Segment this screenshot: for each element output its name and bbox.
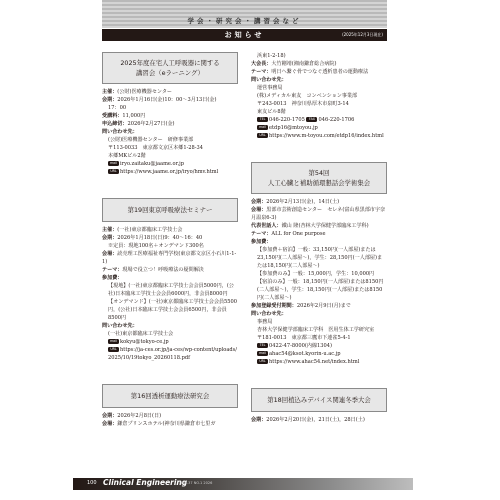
field-label: 申込締切： — [102, 121, 127, 127]
contact-office: 運営事務局 — [251, 84, 387, 92]
contact-office: 事務局 — [251, 318, 387, 326]
mail-icon: mail — [257, 125, 268, 130]
event-title-line: 人工心臓と補助循環懇話会学術集会 — [254, 178, 384, 188]
field-value: 2026年2月20日(金)，21日(土)，28日(土) — [266, 417, 365, 423]
contact-label: 問い合わせ先： — [102, 322, 238, 330]
event-title-line: 2025年度在宅人工呼吸器に関する — [105, 58, 235, 68]
field-value: 2026年1月16日(金)10：00～3月13日(金) — [117, 97, 216, 103]
field-label: テーマ： — [251, 69, 271, 75]
page-number: 100 — [87, 480, 97, 486]
field-label: 大会長： — [251, 61, 271, 67]
contact-org: (一社)東京都臨床工学技士会 — [102, 330, 238, 338]
fee-onsite: 【現地】(一社)東京都臨床工学技士会会員5000円，(公社)日本臨床工学技士会会… — [102, 282, 238, 298]
journal-title: Clinical Engineering — [103, 478, 187, 487]
fee-lodging: 【参加費＋宿泊】一般：33,150円(一人部屋)または23,150円(二人部屋～… — [251, 246, 387, 270]
phone-icon: TEL — [257, 343, 268, 348]
period-field: 会期：2026年2月8日(日) — [102, 412, 238, 420]
field-label: 代表世話人： — [251, 223, 282, 229]
spacer — [102, 176, 238, 198]
contact-org: (公財)医療機器センター 研修事業部 — [102, 136, 238, 144]
contact-label: 問い合わせ先： — [251, 310, 387, 318]
theme-field: テーマ：現場で役立つ！呼吸療法の疑問解決 — [102, 266, 238, 274]
url-icon: URL — [108, 347, 119, 352]
contact-address: 〒243-0013 神奈川県厚木市泉町3-14 — [251, 100, 387, 108]
period-field: 会期：2026年2月13日(金)，14日(土) — [251, 198, 387, 206]
field-value: ALL for One purpose — [271, 231, 325, 237]
field-value: (一社)東京都臨床工学技士会 — [117, 227, 182, 233]
event-title: 第16回透析運動療法研究会 — [102, 384, 238, 408]
field-label: 会場： — [251, 207, 266, 213]
field-value: 明日へ繋ぐ骨でつなぐ透析患者の運動療法 — [271, 69, 368, 75]
mail-icon: mail — [108, 161, 119, 166]
field-label: 主催： — [102, 89, 117, 95]
spacer — [251, 366, 387, 388]
theme-field: テーマ：明日へ繋ぐ骨でつなぐ透析患者の運動療法 — [251, 68, 387, 76]
email-link[interactable]: kokyu@tokyo-ce.jp — [120, 339, 169, 345]
chair-field: 代表世話人：鐵山 隆(杏林大学保健学部臨床工学科) — [251, 222, 387, 230]
capacity-note: ※定員：現地100名＋オンデマンド300名 — [102, 242, 238, 250]
event-title: 第54回 人工心臓と補助循環懇話会学術集会 — [251, 162, 387, 194]
venue-field: 会場：鎌倉プリンスホテル(神奈川県鎌倉市七里ガ — [102, 420, 238, 428]
contact-org: 杏林大学保健学部臨床工学科 医用生体工学研究室 — [251, 326, 387, 334]
date-note: (2025年12月3日現在) — [342, 32, 383, 38]
mail-icon: mail — [257, 351, 268, 356]
fax-value: 046-220-1706 — [318, 117, 354, 123]
fee-label: 参加費： — [251, 238, 387, 246]
fax-icon: FAX — [306, 117, 317, 122]
event-title-line: 第54回 — [254, 168, 384, 178]
venue-field: 会場：読売理工医療福祉専門学校(東京都文京区小石川1-1-1) — [102, 250, 238, 266]
url-icon: URL — [108, 169, 119, 174]
contact-email: mailahac54@ksot.kyorin-u.ac.jp — [251, 350, 387, 358]
contact-url: URLhttps://ja-ces.or.jp/ja-ces/wp-conten… — [102, 346, 238, 362]
field-value: 11,000円 — [122, 113, 145, 119]
event-title-line: 講習会（eラーニング） — [105, 68, 235, 78]
field-label: 受講料： — [102, 113, 122, 119]
phone-value: 0422-47-8000(内線1304) — [269, 343, 332, 349]
field-label: 会場： — [102, 421, 117, 427]
field-value: 現場で役立つ！呼吸療法の疑問解決 — [122, 267, 204, 273]
email-link[interactable]: ahac54@ksot.kyorin-u.ac.jp — [269, 351, 341, 357]
contact-email: mailiryo.zaitaku@jaame.or.jp — [102, 160, 238, 168]
fee-ondemand: 【オンデマンド】(一社)東京都臨床工学技士会会員5500円，(公社)日本臨床工学… — [102, 298, 238, 322]
contact-email: mailetdp16@mtoyou.jp — [251, 124, 387, 132]
contact-address: 〒113-0033 東京都文京区本郷1-28-34 — [102, 144, 238, 152]
field-value: 黒部市芸術創造センター セレネ(富山県黒部市宇奈月温泉6-3) — [251, 207, 385, 221]
fee-label: 参加費： — [102, 274, 238, 282]
url-link[interactable]: https://www.m-toyou.com/etdp16/index.htm… — [269, 133, 384, 139]
notice-page: 学会・研究会・講習会など お知らせ (2025年12月3日現在) 2025年度在… — [102, 0, 387, 500]
field-value: 2026年2月8日(日) — [117, 413, 161, 419]
field-value: 2026年2月9日(月)まで — [297, 303, 351, 309]
contact-email: mailkokyu@tokyo-ce.jp — [102, 338, 238, 346]
header-band: 学会・研究会・講習会など — [102, 0, 387, 28]
event-title: 第19回東京呼吸療法セミナー — [102, 198, 238, 222]
header-bar: お知らせ (2025年12月3日現在) — [102, 29, 387, 41]
spacer — [251, 140, 387, 162]
field-label: 会期： — [102, 97, 117, 103]
theme-field: テーマ：ALL for One purpose — [251, 230, 387, 238]
contact-phone: TEL0422-47-8000(内線1304) — [251, 342, 387, 350]
field-label: テーマ： — [251, 231, 271, 237]
left-column: 2025年度在宅人工呼吸器に関する 講習会（eラーニング） 主催：(公財)医療機… — [102, 52, 238, 428]
contact-label: 問い合わせ先： — [102, 128, 238, 136]
contact-address: 〒181-0013 東京都三鷹市下連雀5-4-1 — [251, 334, 387, 342]
fee-stay: 【宿泊のみ】一般：18,150円(一人部屋)または8150円(二人部屋～)，学生… — [251, 278, 387, 302]
period-field: 会期：2026年1月18日(日)9：40～16：40 — [102, 234, 238, 242]
president-field: 大会長：大竹剛靖(湘南鎌倉総合病院) — [251, 60, 387, 68]
volume-info: VOL.37 NO.1 2026 — [180, 481, 212, 485]
contact-building: 東友ビル8階 — [251, 108, 387, 116]
period-field: 会期：2026年2月20日(金)，21日(土)，28日(土) — [251, 416, 387, 424]
phone-icon: TEL — [257, 117, 268, 122]
field-value: 鐵山 隆(杏林大学保健学部臨床工学科) — [282, 223, 369, 229]
field-value: 2026年2月13日(金)，14日(土) — [266, 199, 339, 205]
registration-field: 参加登録受付期間：2026年2月9日(月)まで — [251, 302, 387, 310]
url-link[interactable]: https://www.jaame.or.jp/iryo/hmv.html — [120, 169, 218, 175]
period-field: 会期：2026年1月16日(金)10：00～3月13日(金) — [102, 96, 238, 104]
field-value: 鎌倉プリンスホテル(神奈川県鎌倉市七里ガ — [117, 421, 215, 427]
field-label: 主催： — [102, 227, 117, 233]
right-column: 浜東1-2-18) 大会長：大竹剛靖(湘南鎌倉総合病院) テーマ：明日へ繋ぐ骨で… — [251, 52, 387, 424]
contact-url: URLhttps://www.m-toyou.com/etdp16/index.… — [251, 132, 387, 140]
url-icon: URL — [257, 133, 268, 138]
event-title: 第18回植込みデバイス関連冬季大会 — [251, 388, 387, 412]
organizer-field: 主催：(公財)医療機器センター — [102, 88, 238, 96]
spacer — [102, 362, 238, 384]
url-icon: URL — [257, 359, 268, 364]
footer-bar: 100 Clinical Engineering VOL.37 NO.1 202… — [73, 478, 413, 490]
email-link[interactable]: etdp16@mtoyou.jp — [269, 125, 318, 131]
organizer-field: 主催：(一社)東京都臨床工学技士会 — [102, 226, 238, 234]
field-label: 会期： — [251, 199, 266, 205]
field-label: 会期： — [102, 413, 117, 419]
mail-icon: mail — [108, 339, 119, 344]
venue-cont: 浜東1-2-18) — [251, 52, 387, 60]
url-link[interactable]: https://ja-ces.or.jp/ja-ces/wp-content/u… — [108, 347, 237, 361]
field-label: 参加登録受付期間： — [251, 303, 297, 309]
deadline-field: 申込締切：2026年2月27日(金) — [102, 120, 238, 128]
field-value: 2026年2月27日(金) — [127, 121, 174, 127]
contact-url: URLhttps://www.jaame.or.jp/iryo/hmv.html — [102, 168, 238, 176]
field-value: (公財)医療機器センター — [117, 89, 172, 95]
field-label: テーマ： — [102, 267, 122, 273]
contact-phone: TEL046-220-1705 FAX046-220-1706 — [251, 116, 387, 124]
field-value: 読売理工医療福祉専門学校(東京都文京区小石川1-1-1) — [102, 251, 236, 265]
email-link[interactable]: iryo.zaitaku@jaame.or.jp — [120, 161, 184, 167]
venue-field: 会場：黒部市芸術創造センター セレネ(富山県黒部市宇奈月温泉6-3) — [251, 206, 387, 222]
field-value: 2026年1月18日(日)9：40～16：40 — [117, 235, 202, 241]
contact-label: 問い合わせ先： — [251, 76, 387, 84]
fee-field: 受講料：11,000円 — [102, 112, 238, 120]
field-label: 会期： — [251, 417, 266, 423]
field-label: 会場： — [102, 251, 117, 257]
period-field-cont: 17：00 — [102, 104, 238, 112]
field-label: 会期： — [102, 235, 117, 241]
phone-value: 046-220-1705 — [269, 117, 305, 123]
contact-url: URLhttps://www.ahac54.net/index.html — [251, 358, 387, 366]
section-category: 学会・研究会・講習会など — [102, 16, 387, 25]
event-title: 2025年度在宅人工呼吸器に関する 講習会（eラーニング） — [102, 52, 238, 84]
field-value: 大竹剛靖(湘南鎌倉総合病院) — [271, 61, 336, 67]
contact-building: 本郷MKビル2階 — [102, 152, 238, 160]
url-link[interactable]: https://www.ahac54.net/index.html — [269, 359, 359, 365]
contact-org: (株)メディカル東友 コンベンション事業部 — [251, 92, 387, 100]
fee-only: 【参加費のみ】一般：15,000円，学生：10,000円 — [251, 270, 387, 278]
